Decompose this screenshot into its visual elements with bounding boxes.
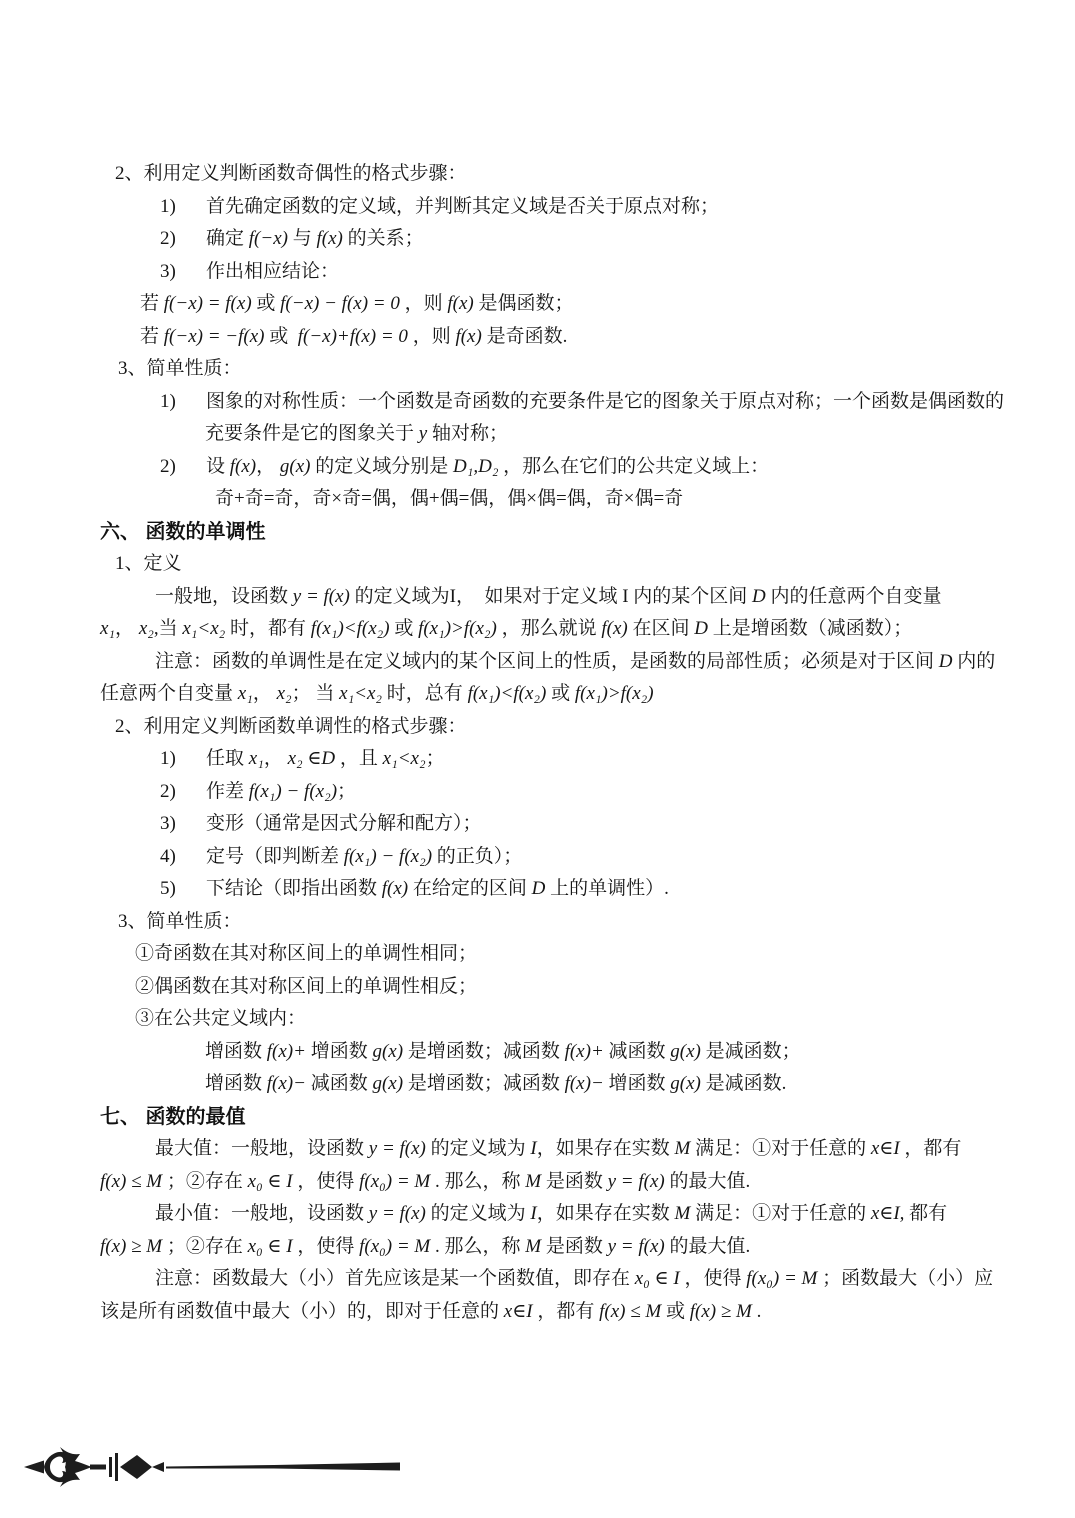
math-expression: f(x)− xyxy=(267,1073,306,1094)
text-run: 在区间 xyxy=(628,618,695,639)
text-run: 任取 xyxy=(206,748,249,769)
flourish-icon xyxy=(24,1444,404,1490)
math-expression: f(x₁)<f(x₂) xyxy=(468,683,547,704)
text-line: 增函数 f(x)− 减函数 g(x) 是增函数；减函数 f(x)− 增函数 g(… xyxy=(0,1068,1075,1101)
math-expression: x₂ xyxy=(139,618,154,639)
math-expression: x₁<x₂ xyxy=(182,618,225,639)
text-run: 的最大值. xyxy=(665,1236,751,1257)
text-line: 注意：函数最大（小）首先应该是某一个函数值，即存在 x₀ ∈ I ，使得 f(x… xyxy=(0,1263,1075,1296)
math-expression: f(x) xyxy=(230,456,256,477)
text-run: 增函数 xyxy=(205,1041,267,1062)
text-line: 任意两个自变量 x₁， x₂； 当 x₁<x₂ 时，总有 f(x₁)<f(x₂)… xyxy=(0,678,1075,711)
text-run: 轴对称； xyxy=(427,423,508,444)
subsection-heading: 1、定义 xyxy=(0,548,1075,581)
subsection-heading: 2、利用定义判断函数奇偶性的格式步骤： xyxy=(0,158,1075,191)
math-expression: f(−x)+f(x) = 0 xyxy=(298,326,408,347)
text-run: 下结论（即指出函数 xyxy=(206,878,382,899)
text-run: ，使得 xyxy=(680,1268,747,1289)
text-run: 3、简单性质： xyxy=(118,911,242,932)
math-expression: M xyxy=(675,1138,691,1159)
math-expression: f(x₁)>f(x₂) xyxy=(418,618,497,639)
text-run: 的定义域为 xyxy=(426,1138,531,1159)
text-line: ①奇函数在其对称区间上的单调性相同； xyxy=(0,938,1075,971)
math-expression: y = f(x) xyxy=(369,1138,426,1159)
text-run: 一般地，设函数 xyxy=(155,586,293,607)
text-run: 七、 函数的最值 xyxy=(100,1106,246,1128)
text-run: 减函数 xyxy=(306,1073,373,1094)
list-item: 3)变形（通常是因式分解和配方）； xyxy=(0,808,1075,841)
text-run: 是减函数. xyxy=(701,1073,787,1094)
math-expression: f(x)− xyxy=(565,1073,604,1094)
text-run: 作差 xyxy=(206,781,249,802)
text-line: f(x) ≤ M ；②存在 x₀ ∈ I ，使得 f(x₀) = M . 那么，… xyxy=(0,1166,1075,1199)
math-expression: x∈I, xyxy=(871,1203,905,1224)
text-run: ，使得 xyxy=(293,1171,360,1192)
math-expression: x₁<x₂ xyxy=(383,748,426,769)
math-expression: M xyxy=(675,1203,691,1224)
text-run: 2、利用定义判断函数奇偶性的格式步骤： xyxy=(115,163,467,184)
text-run: ；函数最大（小）应 xyxy=(817,1268,993,1289)
math-expression: x∈I xyxy=(504,1301,533,1322)
text-run: 是偶函数； xyxy=(474,293,574,314)
math-expression: f(x)+ xyxy=(267,1041,306,1062)
math-expression: M xyxy=(525,1171,541,1192)
list-number: 4) xyxy=(160,841,206,874)
text-run: 是函数 xyxy=(541,1236,608,1257)
math-expression: f(x₁) − f(x₂) xyxy=(249,781,337,802)
text-run: 图象的对称性质：一个函数是奇函数的充要条件是它的图象关于原点对称；一个函数是偶函… xyxy=(206,391,1004,412)
list-item: 2)设 f(x)， g(x) 的定义域分别是 D₁,D₂ ，那么在它们的公共定义… xyxy=(0,451,1075,484)
math-expression: D xyxy=(694,618,708,639)
text-run: 都有 xyxy=(904,1203,947,1224)
math-expression: g(x) xyxy=(670,1041,701,1062)
list-number: 1) xyxy=(160,743,206,776)
text-run: 与 xyxy=(288,228,317,249)
text-run: 或 xyxy=(252,293,281,314)
math-expression: x∈I xyxy=(871,1138,900,1159)
text-line: 该是所有函数值中最大（小）的，即对于任意的 x∈I ，都有 f(x) ≤ M 或… xyxy=(0,1296,1075,1329)
text-run: 内的任意两个自变量 xyxy=(766,586,942,607)
text-line: 若 f(−x) = −f(x) 或 f(−x)+f(x) = 0 ，则 f(x)… xyxy=(0,321,1075,354)
text-run: 时，总有 xyxy=(382,683,468,704)
math-expression: y = f(x) xyxy=(608,1171,665,1192)
list-number: 2) xyxy=(160,776,206,809)
text-run: ； 当 xyxy=(292,683,340,704)
text-run: 的最大值. xyxy=(665,1171,751,1192)
math-expression: g(x) xyxy=(372,1073,403,1094)
text-line: 最小值：一般地，设函数 y = f(x) 的定义域为 I，如果存在实数 M 满足… xyxy=(0,1198,1075,1231)
text-run: 是函数 xyxy=(541,1171,608,1192)
subsection-heading: 2、利用定义判断函数单调性的格式步骤： xyxy=(0,711,1075,744)
text-run: 减函数 xyxy=(604,1041,671,1062)
list-number: 1) xyxy=(160,386,206,419)
footer-ornament xyxy=(24,1444,404,1490)
text-run: 奇+奇=奇，奇×奇=偶，偶+偶=偶，偶×偶=偶，奇×偶=奇 xyxy=(215,488,683,509)
text-run: ； xyxy=(426,748,445,769)
text-run: 满足：①对于任意的 xyxy=(690,1138,871,1159)
text-run: 任意两个自变量 xyxy=(100,683,238,704)
text-run: 时，都有 xyxy=(225,618,311,639)
list-item: 3)作出相应结论： xyxy=(0,256,1075,289)
text-run: 最大值：一般地，设函数 xyxy=(155,1138,369,1159)
list-item: 5)下结论（即指出函数 f(x) 在给定的区间 D 上的单调性）. xyxy=(0,873,1075,906)
text-line: f(x) ≥ M ；②存在 x₀ ∈ I ，使得 f(x₀) = M . 那么，… xyxy=(0,1231,1075,1264)
text-run: ，且 xyxy=(335,748,383,769)
text-run: 上是增函数（减函数）； xyxy=(708,618,912,639)
text-run: 的定义域分别是 xyxy=(311,456,454,477)
text-run: 变形（通常是因式分解和配方）； xyxy=(206,813,482,834)
text-run: 若 xyxy=(140,293,164,314)
text-line: ③在公共定义域内： xyxy=(0,1003,1075,1036)
text-run: 在给定的区间 xyxy=(408,878,532,899)
text-run: 的定义域为 xyxy=(426,1203,531,1224)
text-line: x₁， x₂,当 x₁<x₂ 时，都有 f(x₁)<f(x₂) 或 f(x₁)>… xyxy=(0,613,1075,646)
list-item: 1)首先确定函数的定义域，并判断其定义域是否关于原点对称； xyxy=(0,191,1075,224)
math-expression: x₀ ∈ I xyxy=(248,1171,293,1192)
page: { "page": { "background": "#ffffff", "te… xyxy=(0,0,1075,1518)
math-expression: f(x) xyxy=(455,326,481,347)
text-run: ，则 xyxy=(408,326,456,347)
text-run: ，那么在它们的公共定义域上： xyxy=(498,456,769,477)
math-expression: D xyxy=(939,651,953,672)
list-number: 1) xyxy=(160,191,206,224)
text-run: 增函数 xyxy=(604,1073,671,1094)
math-expression: f(x) ≤ M xyxy=(599,1301,661,1322)
text-run: 增函数 xyxy=(205,1073,267,1094)
text-run: 或 xyxy=(546,683,575,704)
text-line: 充要条件是它的图象关于 y 轴对称； xyxy=(0,418,1075,451)
text-run: 充要条件是它的图象关于 xyxy=(205,423,419,444)
list-number: 2) xyxy=(160,451,206,484)
text-run: 六、 函数的单调性 xyxy=(100,521,266,543)
math-expression: x₂ ∈D xyxy=(288,748,336,769)
text-run: 1、定义 xyxy=(115,553,182,574)
list-item: 1)图象的对称性质：一个函数是奇函数的充要条件是它的图象关于原点对称；一个函数是… xyxy=(0,386,1075,419)
text-line: 最大值：一般地，设函数 y = f(x) 的定义域为 I，如果存在实数 M 满足… xyxy=(0,1133,1075,1166)
text-run: ， xyxy=(253,683,277,704)
text-run: . 那么，称 xyxy=(430,1171,525,1192)
math-expression: D xyxy=(532,878,546,899)
math-expression: D₁,D₂ xyxy=(453,456,498,477)
text-run: ，都有 xyxy=(533,1301,600,1322)
math-expression: f(−x) = −f(x) xyxy=(164,326,265,347)
text-run: 定号（即判断差 xyxy=(206,846,344,867)
math-expression: g(x) xyxy=(280,456,311,477)
text-line: 增函数 f(x)+ 增函数 g(x) 是增函数；减函数 f(x)+ 减函数 g(… xyxy=(0,1036,1075,1069)
math-expression: f(x) xyxy=(316,228,342,249)
text-run: ，如果存在实数 xyxy=(537,1138,675,1159)
math-expression: y xyxy=(419,423,427,444)
math-expression: x₁ xyxy=(238,683,253,704)
math-expression: f(x) ≤ M xyxy=(100,1171,162,1192)
text-line: 注意：函数的单调性是在定义域内的某个区间上的性质，是函数的局部性质；必须是对于区… xyxy=(0,646,1075,679)
math-expression: x₁<x₂ xyxy=(339,683,382,704)
list-number: 5) xyxy=(160,873,206,906)
math-expression: y = f(x) xyxy=(608,1236,665,1257)
text-run: 上的单调性）. xyxy=(545,878,669,899)
math-expression: f(x₀) = M xyxy=(359,1171,430,1192)
text-run: ，则 xyxy=(400,293,448,314)
math-expression: f(x)+ xyxy=(565,1041,604,1062)
math-expression: D xyxy=(752,586,766,607)
math-expression: f(x₁) − f(x₂) xyxy=(344,846,432,867)
list-item: 1)任取 x₁， x₂ ∈D ，且 x₁<x₂； xyxy=(0,743,1075,776)
list-item: 2)作差 f(x₁) − f(x₂)； xyxy=(0,776,1075,809)
text-line: 奇+奇=奇，奇×奇=偶，偶+偶=偶，偶×偶=偶，奇×偶=奇 xyxy=(0,483,1075,516)
math-expression: f(−x) xyxy=(249,228,288,249)
text-run: 满足：①对于任意的 xyxy=(690,1203,871,1224)
text-run: 作出相应结论： xyxy=(206,261,339,282)
list-item: 4)定号（即判断差 f(x₁) − f(x₂) 的正负）； xyxy=(0,841,1075,874)
math-expression: f(x₁)<f(x₂) xyxy=(311,618,390,639)
list-number: 2) xyxy=(160,223,206,256)
text-run: ；②存在 xyxy=(162,1171,248,1192)
math-expression: f(x₀) = M xyxy=(359,1236,430,1257)
text-run: ①奇函数在其对称区间上的单调性相同； xyxy=(135,943,477,964)
list-item: 2)确定 f(−x) 与 f(x) 的关系； xyxy=(0,223,1075,256)
text-run: ， xyxy=(264,748,288,769)
text-run: 设 xyxy=(206,456,230,477)
math-expression: f(x) xyxy=(382,878,408,899)
text-run: 该是所有函数值中最大（小）的，即对于任意的 xyxy=(100,1301,504,1322)
math-expression: y = f(x) xyxy=(293,586,350,607)
text-run: ，如果存在实数 xyxy=(537,1203,675,1224)
math-expression: f(x) xyxy=(601,618,627,639)
text-run: 内的 xyxy=(953,651,996,672)
text-run: 的关系； xyxy=(343,228,424,249)
text-run: ③在公共定义域内： xyxy=(135,1008,306,1029)
subsection-heading: 3、简单性质： xyxy=(0,906,1075,939)
text-run: ；②存在 xyxy=(162,1236,248,1257)
text-run: 最小值：一般地，设函数 xyxy=(155,1203,369,1224)
text-run: 或 xyxy=(661,1301,690,1322)
text-line: ②偶函数在其对称区间上的单调性相反； xyxy=(0,971,1075,1004)
text-run: 或 xyxy=(264,326,297,347)
math-expression: f(x) ≥ M xyxy=(100,1236,162,1257)
text-run: 注意：函数最大（小）首先应该是某一个函数值，即存在 xyxy=(155,1268,635,1289)
text-run: 是减函数； xyxy=(701,1041,801,1062)
text-line: 若 f(−x) = f(x) 或 f(−x) − f(x) = 0 ，则 f(x… xyxy=(0,288,1075,321)
text-run: ，那么就说 xyxy=(497,618,602,639)
text-run: ，使得 xyxy=(293,1236,360,1257)
text-run: . xyxy=(752,1301,762,1322)
math-expression: f(−x) = f(x) xyxy=(164,293,252,314)
math-expression: x₂ xyxy=(277,683,292,704)
text-run: ； xyxy=(337,781,356,802)
text-run: 是增函数；减函数 xyxy=(403,1073,565,1094)
math-expression: y = f(x) xyxy=(369,1203,426,1224)
text-run: 确定 xyxy=(206,228,249,249)
text-run: 增函数 xyxy=(306,1041,373,1062)
text-run: 是增函数；减函数 xyxy=(403,1041,565,1062)
text-run: 的定义域为I， 如果对于定义域 I 内的某个区间 xyxy=(350,586,752,607)
document-body: 2、利用定义判断函数奇偶性的格式步骤：1)首先确定函数的定义域，并判断其定义域是… xyxy=(0,158,1075,1328)
math-expression: g(x) xyxy=(670,1073,701,1094)
text-run: 2、利用定义判断函数单调性的格式步骤： xyxy=(115,716,467,737)
math-expression: f(−x) − f(x) = 0 xyxy=(280,293,400,314)
math-expression: f(x) ≥ M xyxy=(690,1301,752,1322)
section-heading: 七、 函数的最值 xyxy=(0,1101,1075,1134)
math-expression: f(x₁)>f(x₂) xyxy=(575,683,654,704)
text-run: 是奇函数. xyxy=(482,326,568,347)
text-line: 一般地，设函数 y = f(x) 的定义域为I， 如果对于定义域 I 内的某个区… xyxy=(0,581,1075,614)
text-run: 注意：函数的单调性是在定义域内的某个区间上的性质，是函数的局部性质；必须是对于区… xyxy=(155,651,939,672)
math-expression: x₁ xyxy=(100,618,115,639)
math-expression: g(x) xyxy=(372,1041,403,1062)
text-run: 3、简单性质： xyxy=(118,358,242,379)
list-number: 3) xyxy=(160,256,206,289)
math-expression: x₁ xyxy=(249,748,264,769)
math-expression: f(x) xyxy=(447,293,473,314)
math-expression: M xyxy=(525,1236,541,1257)
text-run: ， xyxy=(256,456,280,477)
text-run: ，都有 xyxy=(900,1138,962,1159)
math-expression: f(x₀) = M xyxy=(746,1268,817,1289)
math-expression: x₀ ∈ I xyxy=(248,1236,293,1257)
subsection-heading: 3、简单性质： xyxy=(0,353,1075,386)
text-run: 首先确定函数的定义域，并判断其定义域是否关于原点对称； xyxy=(206,196,719,217)
text-run: ,当 xyxy=(154,618,183,639)
section-heading: 六、 函数的单调性 xyxy=(0,516,1075,549)
text-run: 若 xyxy=(140,326,164,347)
list-number: 3) xyxy=(160,808,206,841)
text-run: ， xyxy=(115,618,139,639)
text-run: ②偶函数在其对称区间上的单调性相反； xyxy=(135,976,477,997)
text-run: 或 xyxy=(390,618,419,639)
text-run: . 那么，称 xyxy=(430,1236,525,1257)
math-expression: x₀ ∈ I xyxy=(635,1268,680,1289)
text-run: 的正负）； xyxy=(432,846,522,867)
